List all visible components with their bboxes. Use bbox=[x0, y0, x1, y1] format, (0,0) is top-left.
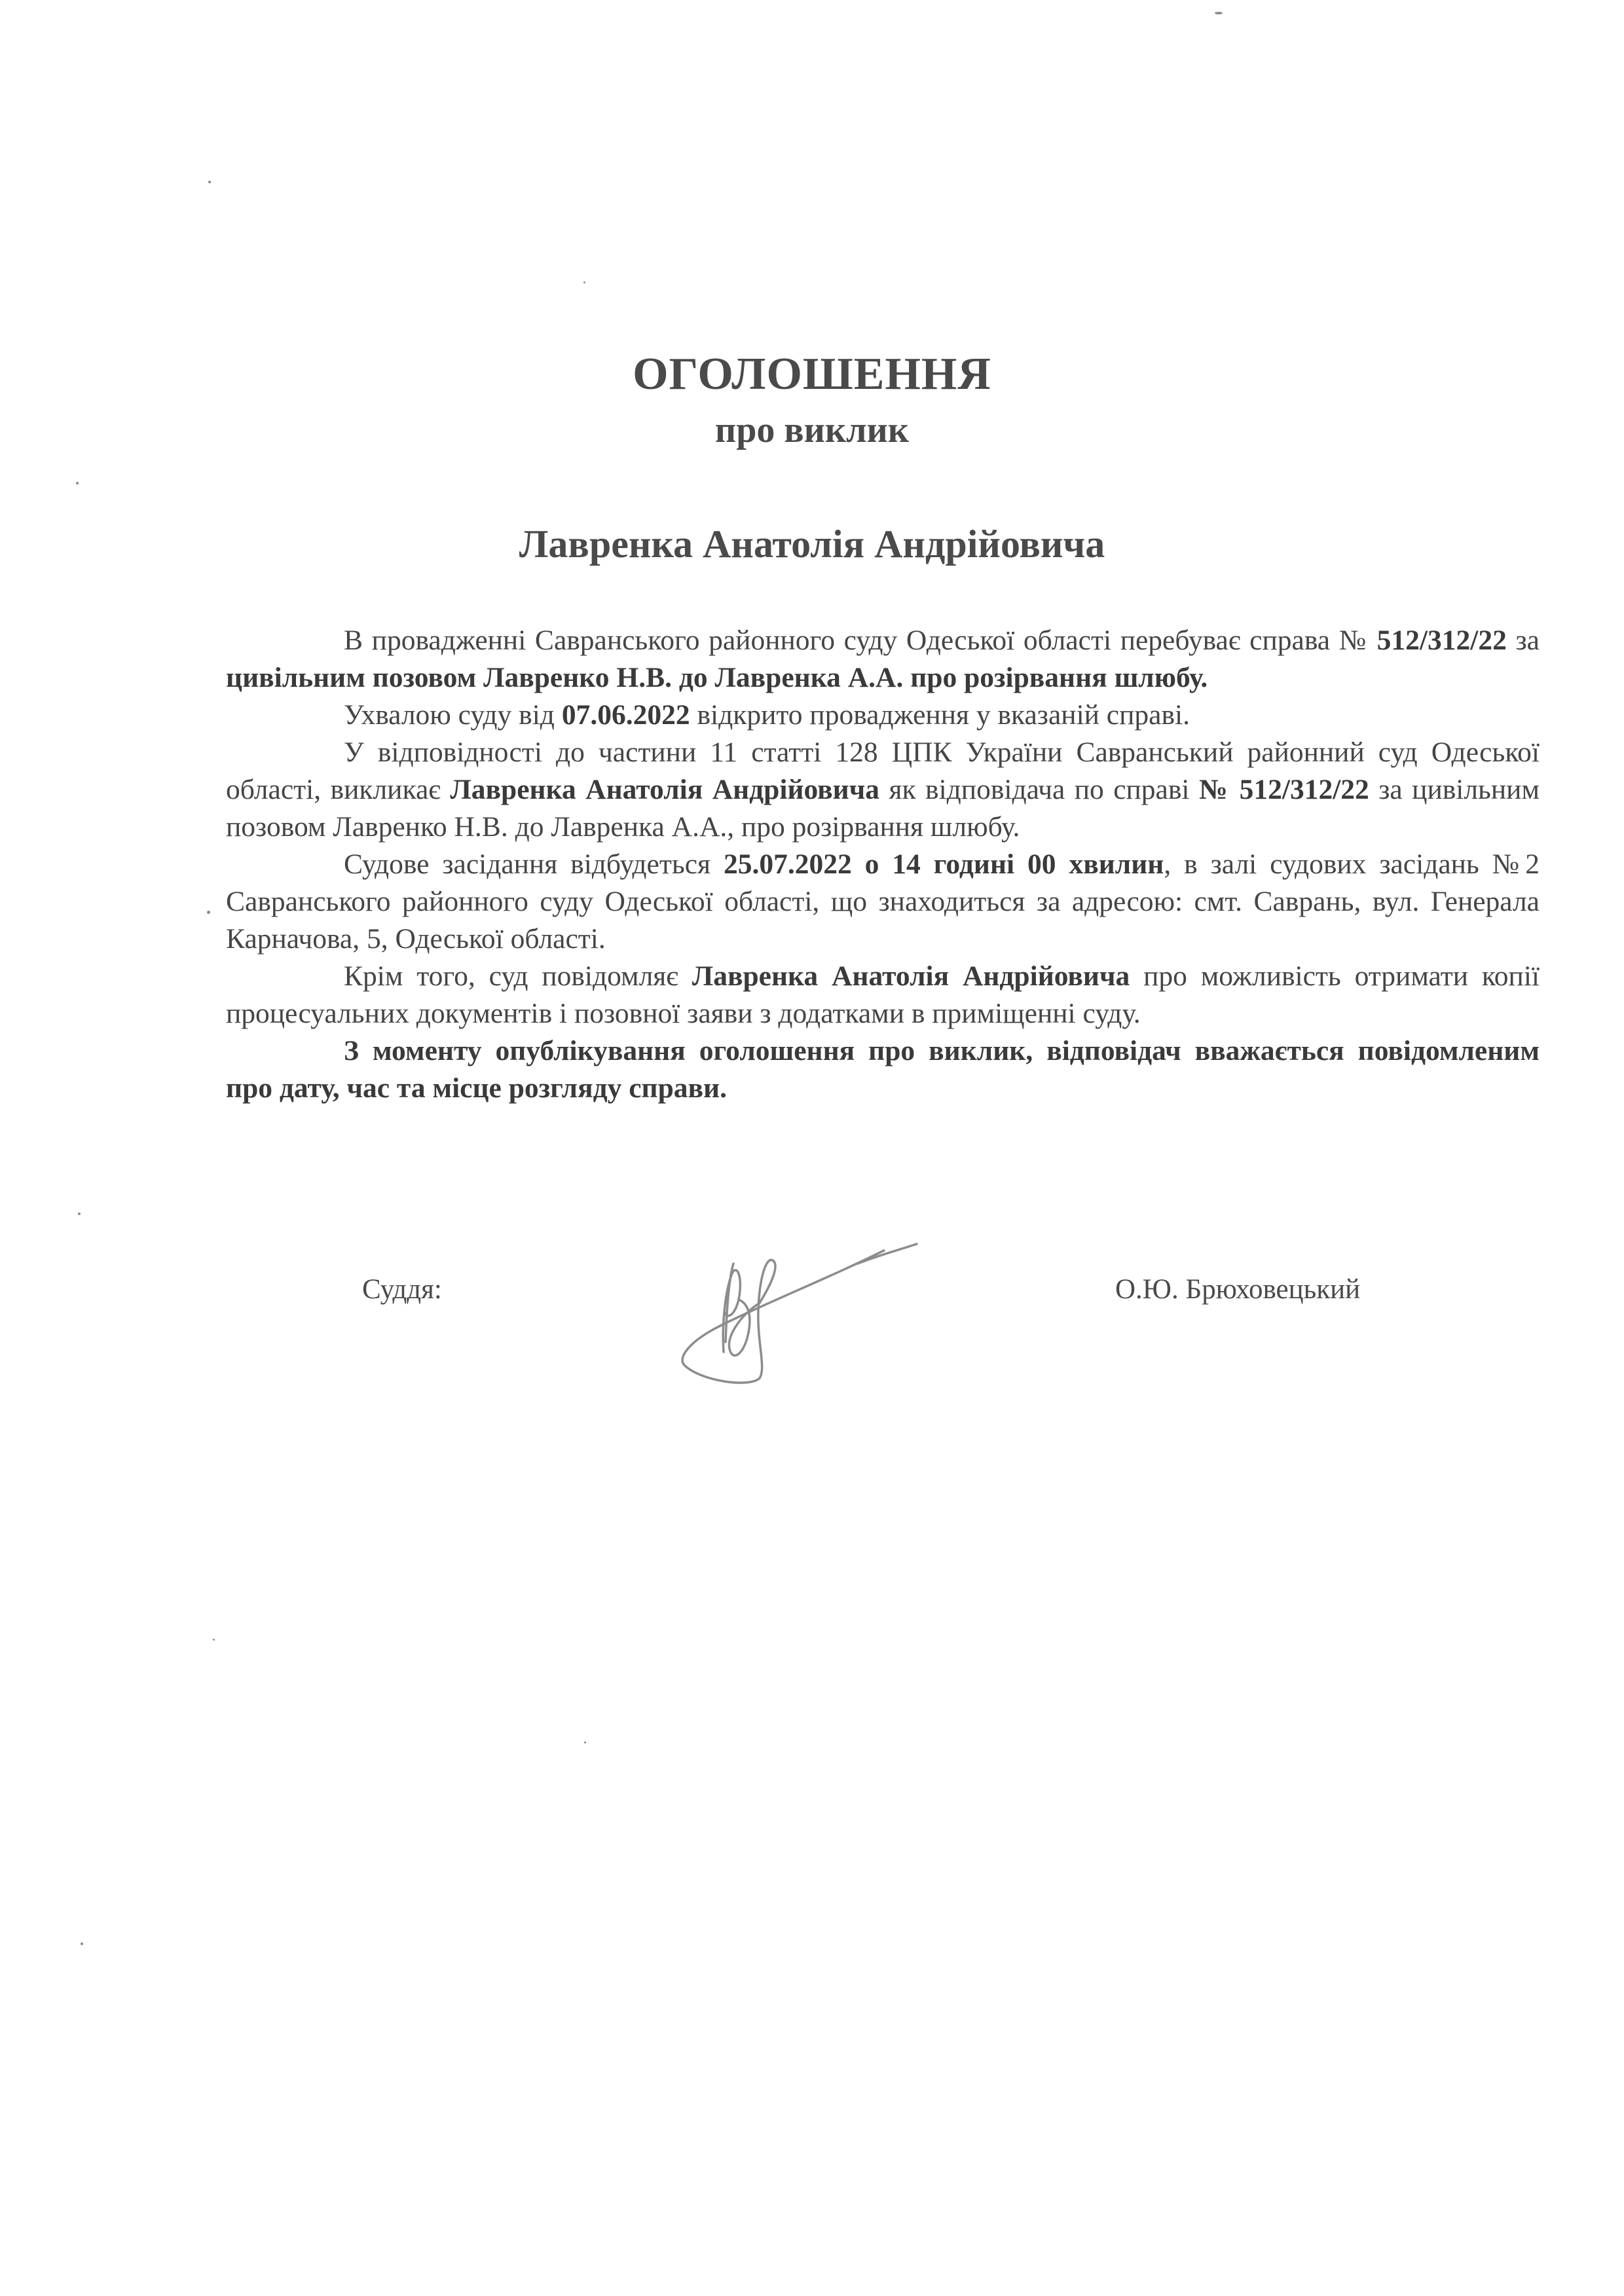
defendant-name: Лавренка Анатолія Андрійовича bbox=[692, 960, 1130, 992]
text-segment: Судове засідання відбудеться bbox=[344, 848, 724, 880]
paragraph-ruling: Ухвалою суду від 07.06.2022 відкрито про… bbox=[226, 697, 1540, 734]
case-number: № 512/312/22 bbox=[1199, 774, 1369, 805]
document-subtitle: про виклик bbox=[0, 409, 1624, 451]
hearing-datetime: 25.07.2022 о 14 годині 00 хвилин bbox=[724, 848, 1164, 880]
handwritten-signature-icon bbox=[661, 1237, 936, 1388]
paragraph-notice-effect: З моменту опублікування оголошення про в… bbox=[226, 1032, 1540, 1107]
paragraph-summons: У відповідності до частини 11 статті 128… bbox=[226, 734, 1540, 846]
paragraph-case-info: В провадженні Савранського районного суд… bbox=[226, 622, 1540, 697]
paragraph-documents: Крім того, суд повідомляє Лавренка Анато… bbox=[226, 958, 1540, 1032]
scan-speck bbox=[584, 1741, 586, 1743]
notice-body: В провадженні Савранського районного суд… bbox=[226, 622, 1540, 1107]
scan-speck bbox=[76, 482, 79, 484]
text-segment: як відповідача по справі bbox=[879, 774, 1199, 805]
ruling-date: 07.06.2022 bbox=[562, 699, 690, 731]
defendant-name: Лавренка Анатолія Андрійовича bbox=[450, 774, 879, 805]
scan-speck bbox=[207, 911, 210, 914]
scan-speck bbox=[78, 1212, 81, 1215]
paragraph-hearing: Судове засідання відбудеться 25.07.2022 … bbox=[226, 846, 1540, 958]
notice-effect-text: З моменту опублікування оголошення про в… bbox=[226, 1035, 1540, 1104]
text-segment: за bbox=[1507, 625, 1540, 656]
judge-label: Суддя: bbox=[362, 1273, 442, 1305]
text-segment: Крім того, суд повідомляє bbox=[344, 960, 692, 992]
person-heading: Лавренка Анатолія Андрійовича bbox=[0, 522, 1624, 567]
text-segment: В провадженні Савранського районного суд… bbox=[344, 625, 1377, 656]
text-segment: Ухвалою суду від bbox=[344, 699, 562, 731]
scan-speck bbox=[208, 181, 211, 183]
document-title: ОГОЛОШЕННЯ bbox=[0, 348, 1624, 401]
scan-speck bbox=[213, 1639, 215, 1641]
scan-speck bbox=[81, 1942, 83, 1945]
document-page: ОГОЛОШЕННЯ про виклик Лавренка Анатолія … bbox=[0, 0, 1624, 2296]
text-segment: відкрито провадження у вказаній справі. bbox=[690, 699, 1190, 731]
case-number: 512/312/22 bbox=[1377, 625, 1507, 656]
claim-description: цивільним позовом Лавренко Н.В. до Лавре… bbox=[226, 662, 1208, 693]
scan-speck bbox=[1215, 12, 1223, 14]
judge-name: О.Ю. Брюховецький bbox=[1115, 1273, 1360, 1305]
scan-speck bbox=[583, 282, 585, 283]
